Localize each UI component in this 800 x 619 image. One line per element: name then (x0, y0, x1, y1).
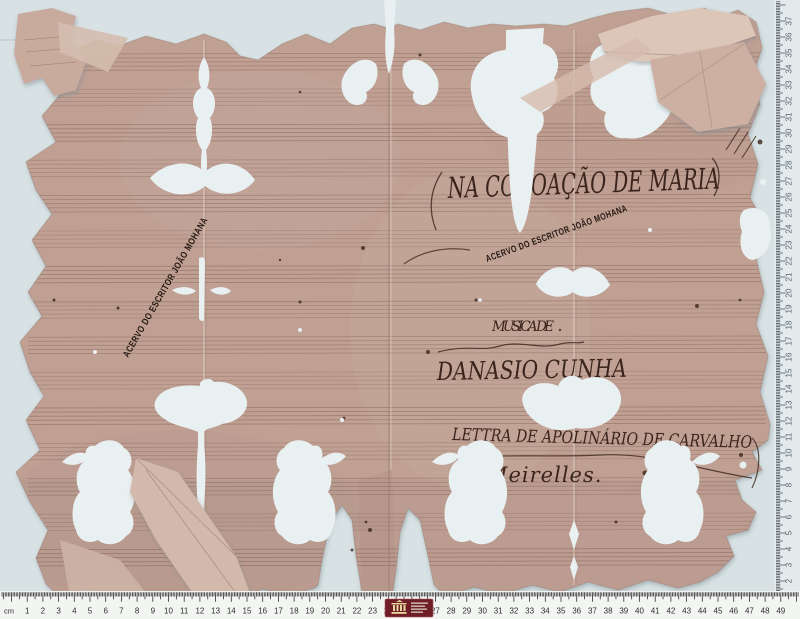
ruler-number: 37 (588, 607, 597, 616)
ruler-number: 49 (776, 607, 785, 616)
ruler-number: 30 (478, 607, 487, 616)
hole-speck-7 (740, 462, 747, 469)
music-credit: MUSICA DE (491, 319, 556, 335)
foxing-speck (368, 528, 372, 532)
ruler-number: 7 (119, 607, 124, 616)
ruler-number: 44 (698, 607, 707, 616)
ruler-number: 16 (785, 352, 794, 361)
ruler-number: 3 (56, 607, 61, 616)
ruler-number: 21 (337, 607, 346, 616)
foxing-speck (426, 350, 430, 354)
ruler-number: 22 (352, 607, 361, 616)
ruler-number: 45 (714, 607, 723, 616)
ruler-number: 6 (103, 607, 108, 616)
ruler-number: 6 (785, 514, 794, 519)
foxing-speck (117, 307, 120, 310)
ruler-number: 36 (572, 607, 581, 616)
foxing-speck (351, 549, 354, 552)
foxing-speck (419, 54, 422, 57)
ruler-number: 18 (290, 607, 299, 616)
ruler-number: 13 (211, 607, 220, 616)
ruler-number: 29 (462, 607, 471, 616)
ruler-number: 23 (785, 240, 794, 249)
ruler-number: 34 (785, 64, 794, 73)
ruler-number: 32 (785, 96, 794, 105)
ruler-number: 12 (195, 607, 204, 616)
ruler-number: 4 (72, 607, 77, 616)
archive-logo-plate (385, 599, 433, 617)
hole-speck-4 (93, 350, 97, 354)
ruler-number: 39 (619, 607, 628, 616)
ruler-number: 22 (785, 256, 794, 265)
ruler-number: 5 (88, 607, 93, 616)
foxing-speck (695, 304, 699, 308)
foxing-speck (739, 453, 743, 457)
ruler-number: 42 (666, 607, 675, 616)
ruler-number: 25 (785, 208, 794, 217)
ruler-number: 43 (682, 607, 691, 616)
hole-speck-2 (760, 179, 766, 185)
ruler-number: 3 (785, 562, 794, 567)
ruler-number: 35 (785, 48, 794, 57)
ruler-number: 9 (151, 607, 156, 616)
ruler-number: 24 (785, 224, 794, 233)
ruler-number: 9 (785, 466, 794, 471)
ruler-number: 16 (258, 607, 267, 616)
ruler-number: 20 (321, 607, 330, 616)
ruler-number: 7 (785, 498, 794, 503)
ruler-number: 26 (785, 192, 794, 201)
ruler-number: 5 (785, 530, 794, 535)
ruler-number: 48 (761, 607, 770, 616)
ruler-number: 15 (243, 607, 252, 616)
ruler-number: 17 (274, 607, 283, 616)
ruler-number: 8 (135, 607, 140, 616)
ruler-number: 28 (785, 160, 794, 169)
ruler-number: 14 (785, 384, 794, 393)
ruler-number: 2 (785, 578, 794, 583)
ruler-number: 47 (745, 607, 754, 616)
ruler-number: 2 (41, 607, 46, 616)
ruler-number: 12 (785, 416, 794, 425)
hole-cross-stem (199, 257, 205, 321)
foxing-speck (299, 301, 302, 304)
ruler-number: 19 (305, 607, 314, 616)
ruler-number: 41 (651, 607, 660, 616)
ruler-number: 27 (785, 176, 794, 185)
ruler-number: 23 (368, 607, 377, 616)
foxing-speck (365, 521, 368, 524)
foxing-speck (615, 521, 618, 524)
ruler-number: 1 (25, 607, 30, 616)
ruler-number: 29 (785, 144, 794, 153)
ruler-number: 11 (180, 607, 189, 616)
ruler-number: 31 (494, 607, 503, 616)
archive-logo (385, 599, 433, 617)
foxing-speck (361, 246, 365, 250)
ruler-number: 20 (785, 288, 794, 297)
ruler-number: 15 (785, 368, 794, 377)
ruler-number: 32 (509, 607, 518, 616)
ruler-number: 14 (227, 607, 236, 616)
foxing-speck (53, 299, 56, 302)
ruler-number: 11 (785, 432, 794, 441)
ruler-number: 33 (525, 607, 534, 616)
hole-speck-8 (478, 298, 482, 302)
ruler-number: 18 (785, 320, 794, 329)
ruler-number: 34 (541, 607, 550, 616)
ruler-number: 33 (785, 80, 794, 89)
scanned-manuscript-cover: 1234567891011121314151617181920212223242… (0, 0, 800, 619)
ruler-number: 36 (785, 32, 794, 41)
ruler-unit-label: cm (4, 607, 14, 616)
ruler-number: 10 (785, 448, 794, 457)
ruler-number: 37 (785, 16, 794, 25)
ruler-number: 38 (604, 607, 613, 616)
ruler-number: 13 (785, 400, 794, 409)
scan-image: 1234567891011121314151617181920212223242… (0, 0, 800, 619)
hole-speck-6 (648, 228, 652, 232)
ruler-number: 31 (785, 112, 794, 121)
foxing-speck (475, 299, 478, 302)
ruler-number: 46 (729, 607, 738, 616)
foxing-speck (279, 259, 281, 261)
ruler-number: 4 (785, 546, 794, 551)
ruler-number: 21 (785, 272, 794, 281)
ruler-number: 30 (785, 128, 794, 137)
foxing-speck (739, 299, 742, 302)
ruler-number: 17 (785, 336, 794, 345)
ruler-number: 28 (447, 607, 456, 616)
ruler-number: 10 (164, 607, 173, 616)
ruler-number: 35 (557, 607, 566, 616)
ruler-number: 19 (785, 304, 794, 313)
hole-speck-5 (340, 418, 344, 422)
foxing-speck (758, 140, 763, 145)
right-ruler: 1234567891011121314151617181920212223242… (774, 0, 800, 619)
ruler-number: 40 (635, 607, 644, 616)
foxing-speck (299, 91, 302, 94)
foxing-speck (559, 329, 561, 331)
hole-speck-3 (298, 328, 302, 332)
ruler-number: 8 (785, 482, 794, 487)
